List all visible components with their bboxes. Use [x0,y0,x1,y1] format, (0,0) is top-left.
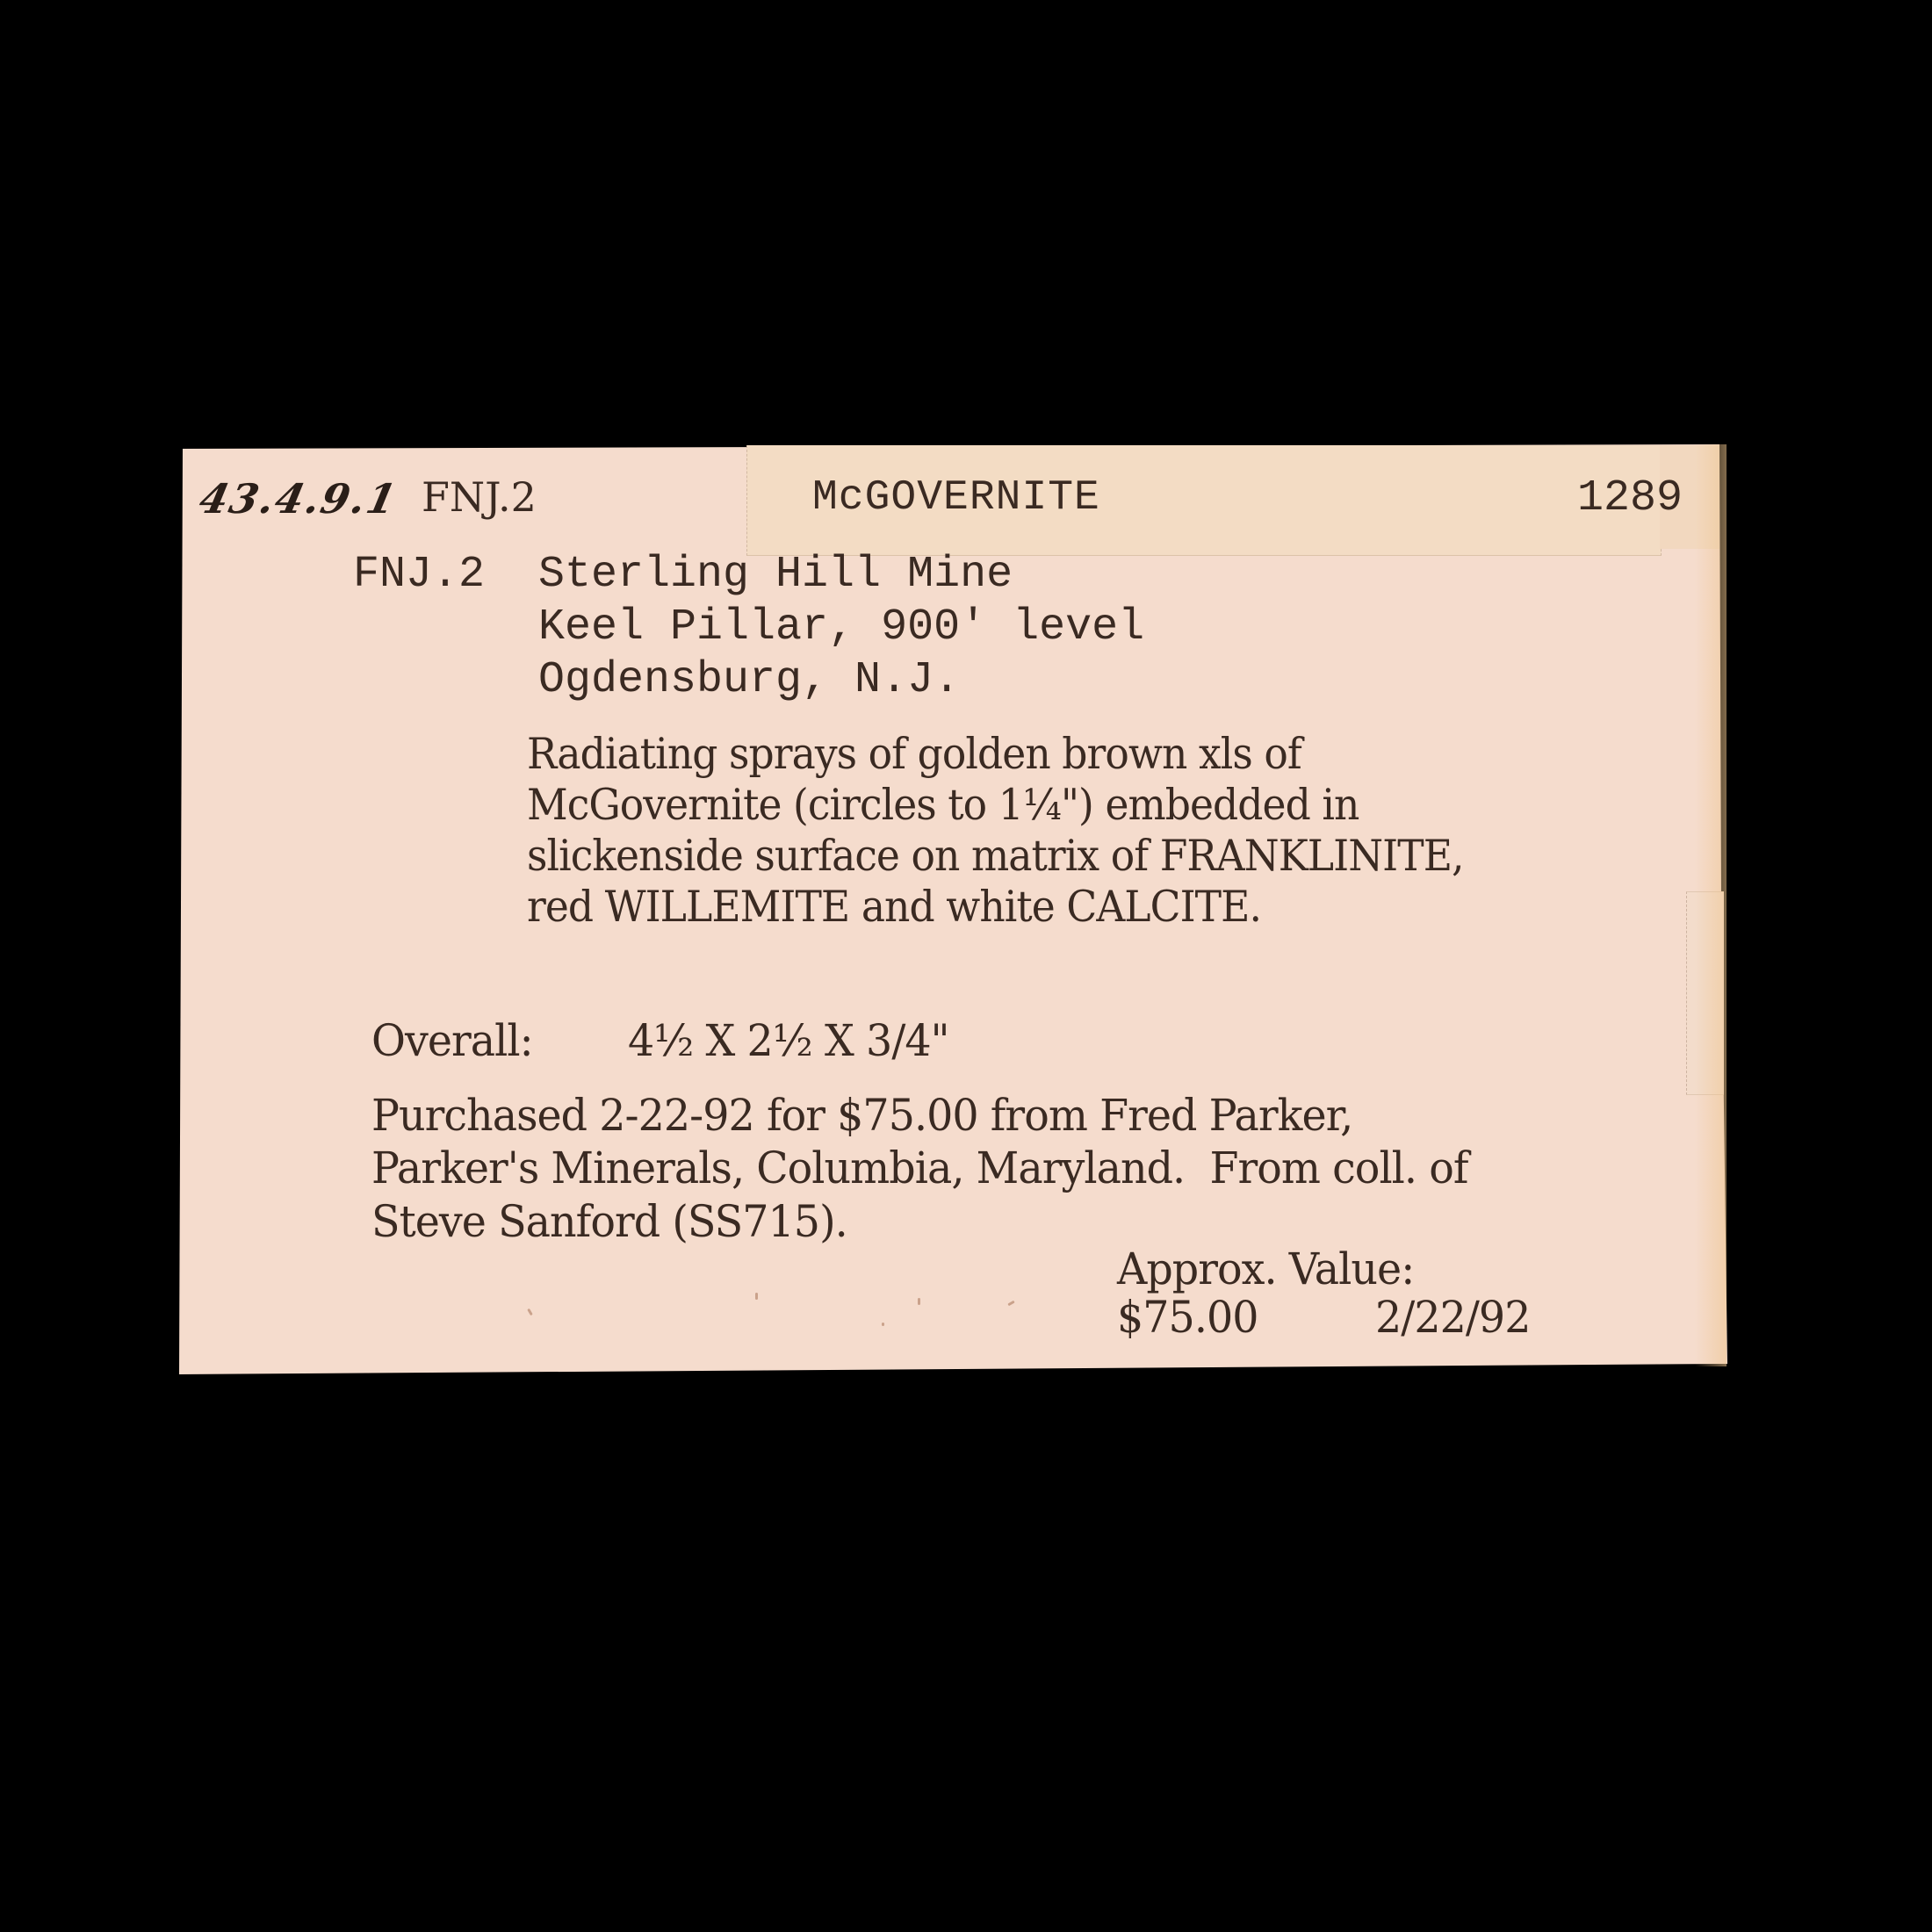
paper-speck [527,1308,533,1316]
description-line-4: red WILLEMITE and white CALCITE. [527,885,1261,928]
header-locality-code: FNJ.2 [422,477,537,517]
locality-line-level: Keel Pillar, 900' level [538,606,1144,650]
handwritten-catalog-number: 43.4.9.1 [196,479,401,519]
description-line-1: Radiating sprays of golden brown xls of [527,732,1301,775]
approx-value-date: 2/22/92 [1375,1295,1530,1339]
locality-code: FNJ.2 [353,553,485,597]
paper-speck [918,1298,920,1305]
provenance-line-2: Parker's Minerals, Columbia, Maryland. F… [371,1146,1468,1190]
mineral-name-title: McGOVERNITE [812,477,1100,519]
dimensions-value: 4½ X 2½ X 3/4" [628,1019,949,1063]
approx-value-amount: $75.00 [1117,1295,1258,1339]
description-line-2: McGovernite (circles to 1¼") embedded in [527,783,1359,826]
description-line-3: slickenside surface on matrix of FRANKLI… [527,834,1464,877]
paper-speck [882,1323,884,1326]
card-text-area: 43.4.9.1 FNJ.2 McGOVERNITE 1289 FNJ.2 St… [0,0,1932,1932]
locality-line-town: Ogdensburg, N.J. [538,659,960,703]
provenance-line-3: Steve Sanford (SS715). [371,1200,847,1244]
paper-speck [1007,1301,1014,1307]
provenance-line-1: Purchased 2-22-92 for $75.00 from Fred P… [371,1093,1352,1137]
specimen-number: 1289 [1577,477,1683,521]
approx-value-label: Approx. Value: [1117,1247,1414,1291]
paper-speck [755,1293,758,1300]
locality-line-mine: Sterling Hill Mine [538,553,1013,597]
dimensions-label: Overall: [371,1019,533,1063]
